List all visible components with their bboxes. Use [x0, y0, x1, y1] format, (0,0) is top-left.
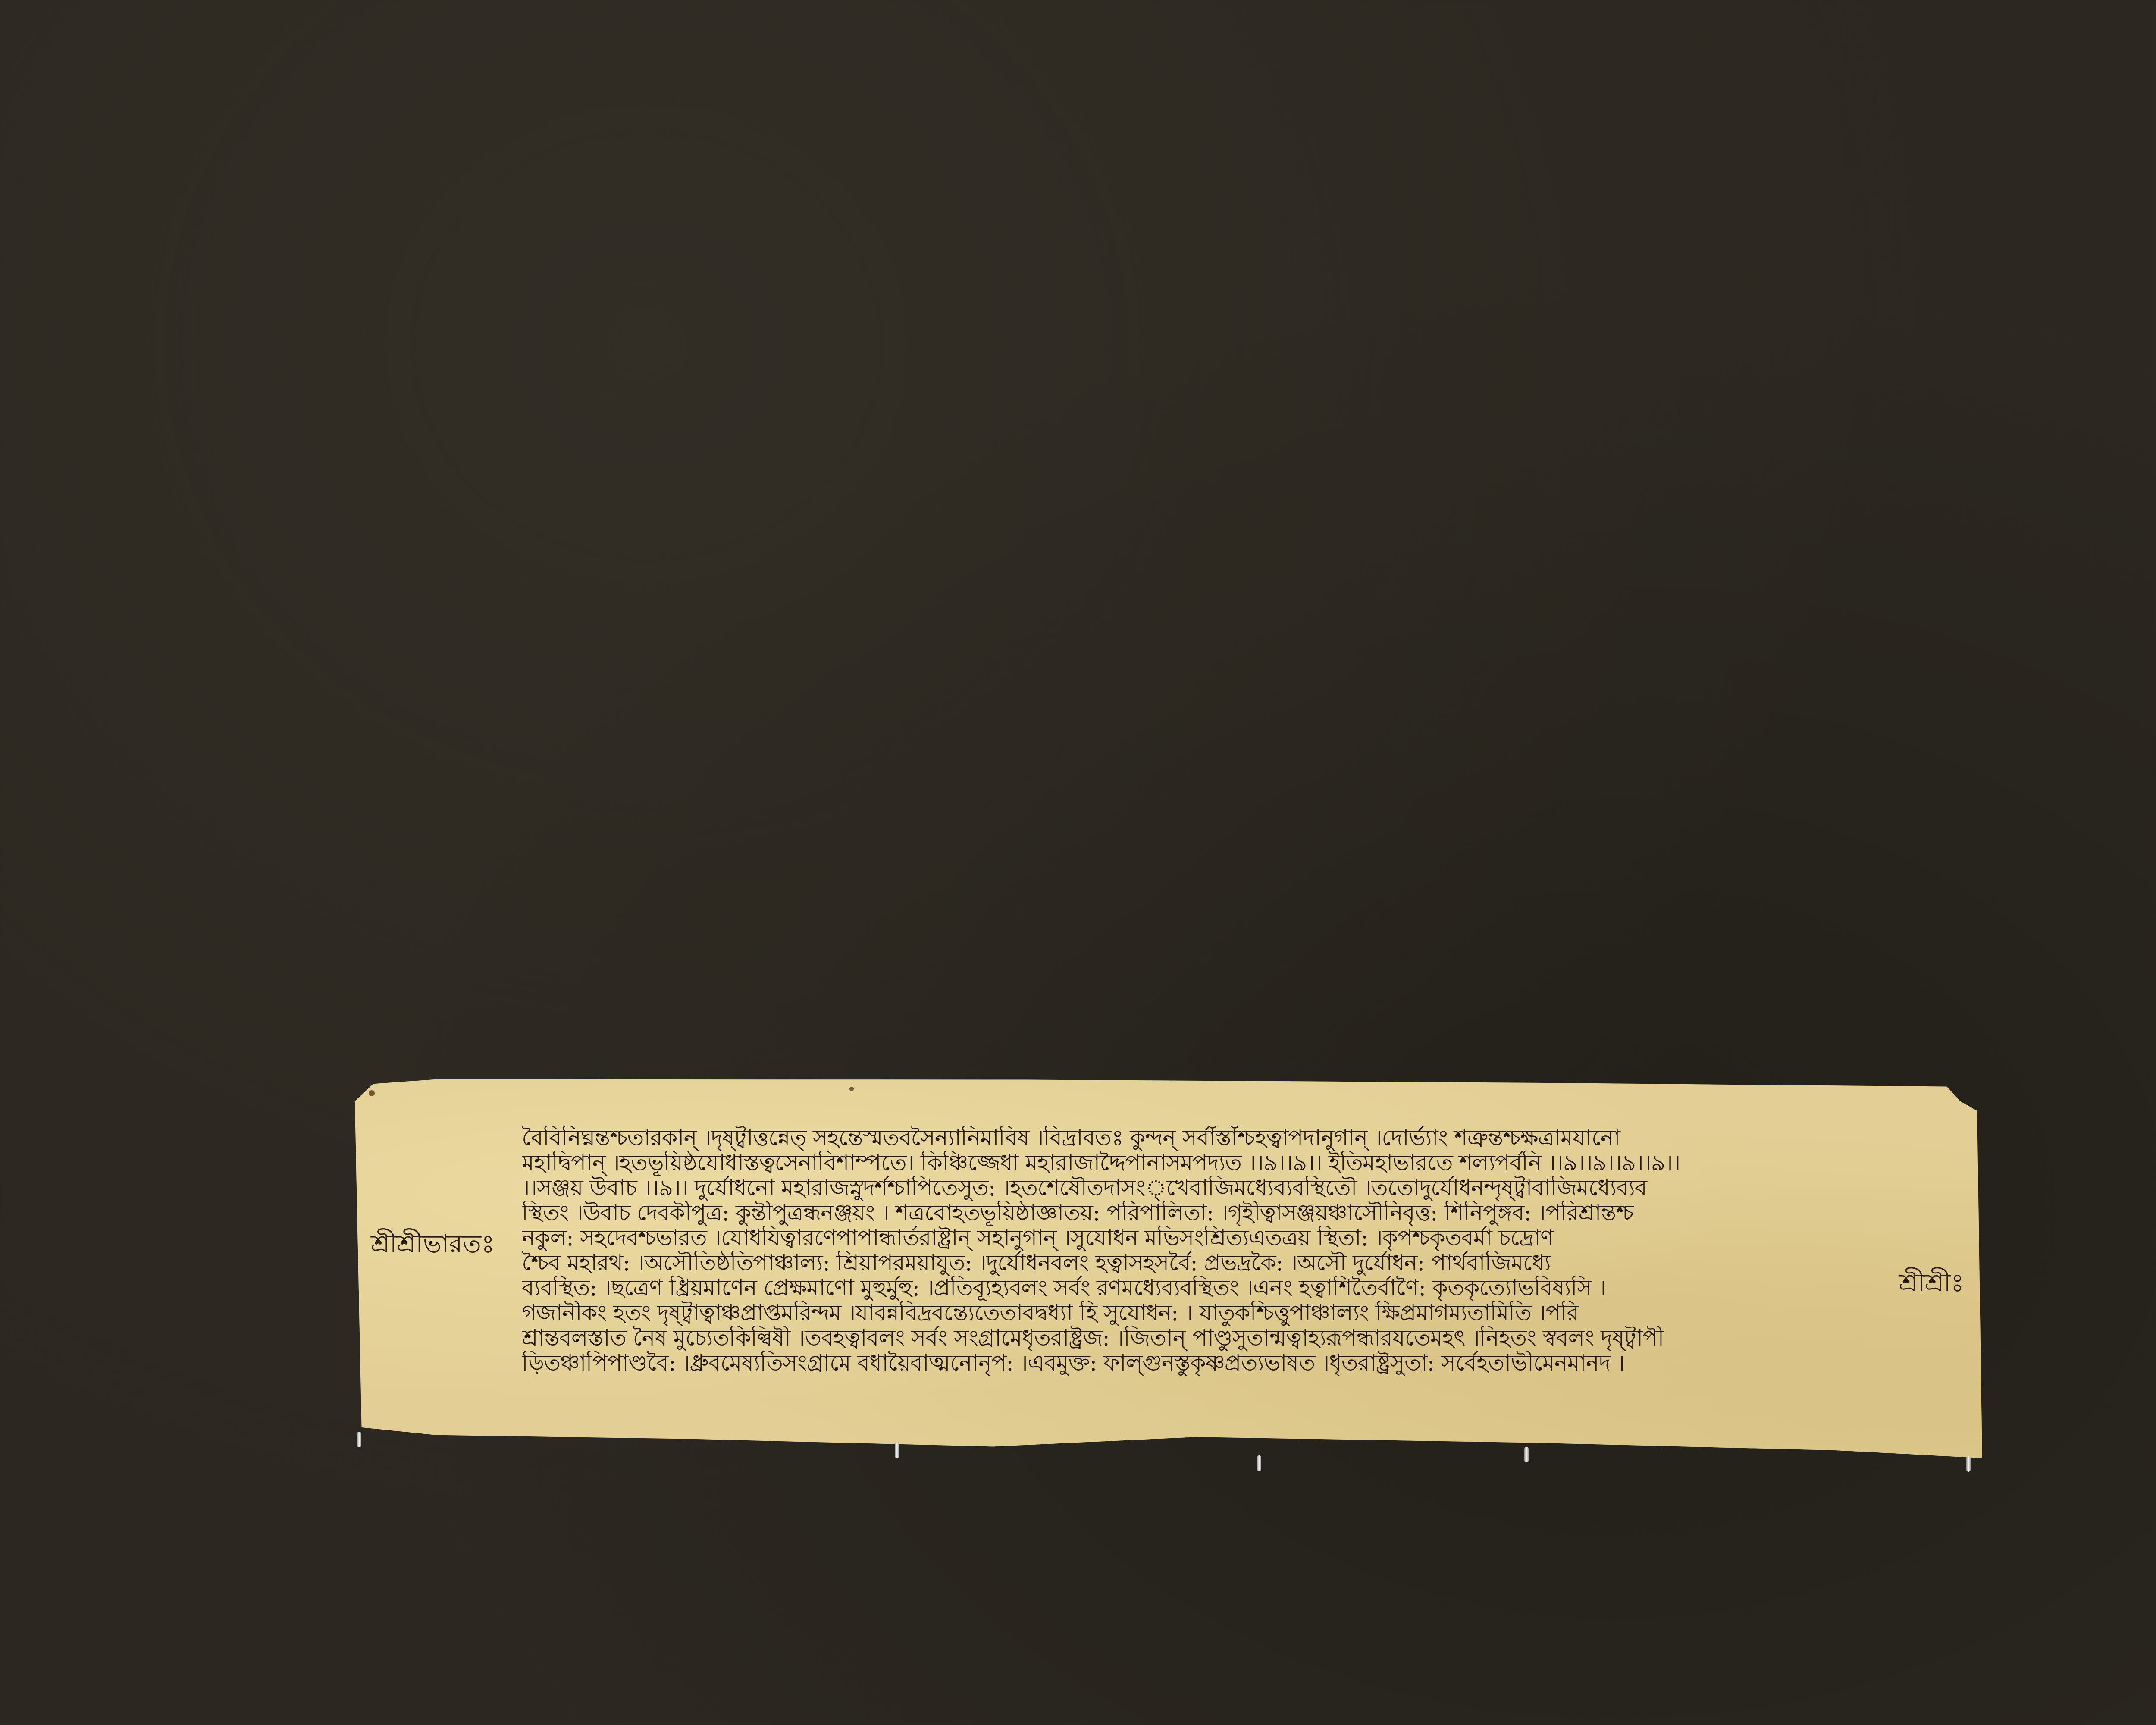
text-line: শ্চৈব মহারথ: ।অসৌতিষ্ঠতিপাঞ্চাল্য: শ্রিয… [522, 1251, 1876, 1276]
manuscript-text-block: বৈবিনিঘ্নন্তশ্চতারকান্ ।দৃষ্ট্বাত্তন্নেত… [522, 1126, 1876, 1376]
margin-title-left: শ্রীশ্রীভারতঃ [371, 1225, 495, 1267]
mounting-pin [895, 1443, 899, 1458]
text-line: বৈবিনিঘ্নন্তশ্চতারকান্ ।দৃষ্ট্বাত্তন্নেত… [522, 1126, 1876, 1151]
text-line: ড়িতঞ্চাপিপাণ্ডবৈ: ।ধ্রুবমেষ্যতিসংগ্রামে… [522, 1351, 1876, 1376]
margin-title-right: শ্রীশ্রীঃ [1899, 1264, 1964, 1305]
text-line: গজানীকং হতং দৃষ্ট্বাত্বাঞ্চপ্রাপ্তমরিন্দ… [522, 1301, 1876, 1326]
text-line: শ্রান্তবলস্তাত নৈষ মুচ্যেতকিল্বিষী ।তবহত… [522, 1326, 1876, 1351]
ink-stain [369, 1090, 375, 1096]
manuscript-leaf: শ্রীশ্রীভারতঃ শ্রীশ্রীঃ বৈবিনিঘ্নন্তশ্চত… [351, 1078, 2040, 1462]
text-line: স্থিতং ।উবাচ দেবকীপুত্র: কুন্তীপুত্রন্ধন… [522, 1201, 1876, 1226]
mounting-pin [357, 1432, 361, 1447]
ink-stain [849, 1087, 854, 1091]
mounting-pin [1966, 1456, 1971, 1472]
text-line: নকুল: সহদেবশ্চভারত ।যোধযিত্বারণেপাপান্ধা… [522, 1226, 1876, 1251]
text-line: ।।সঞ্জয় উবাচ ।।৯।। দুর্যোধনো মহারাজস্নু… [522, 1176, 1876, 1201]
mounting-pin [1524, 1447, 1529, 1462]
text-line: মহাদ্বিপান্ ।হতভূয়িষ্ঠযোধাস্তত্বসেনাবিশ… [522, 1151, 1876, 1176]
dark-display-board: শ্রীশ্রীভারতঃ শ্রীশ্রীঃ বৈবিনিঘ্নন্তশ্চত… [0, 0, 2156, 1725]
text-line: ব্যবস্থিত: ।ছত্রেণ ধ্রিয়মাণেন প্রেক্ষমা… [522, 1276, 1876, 1301]
mounting-pin [1257, 1455, 1261, 1471]
